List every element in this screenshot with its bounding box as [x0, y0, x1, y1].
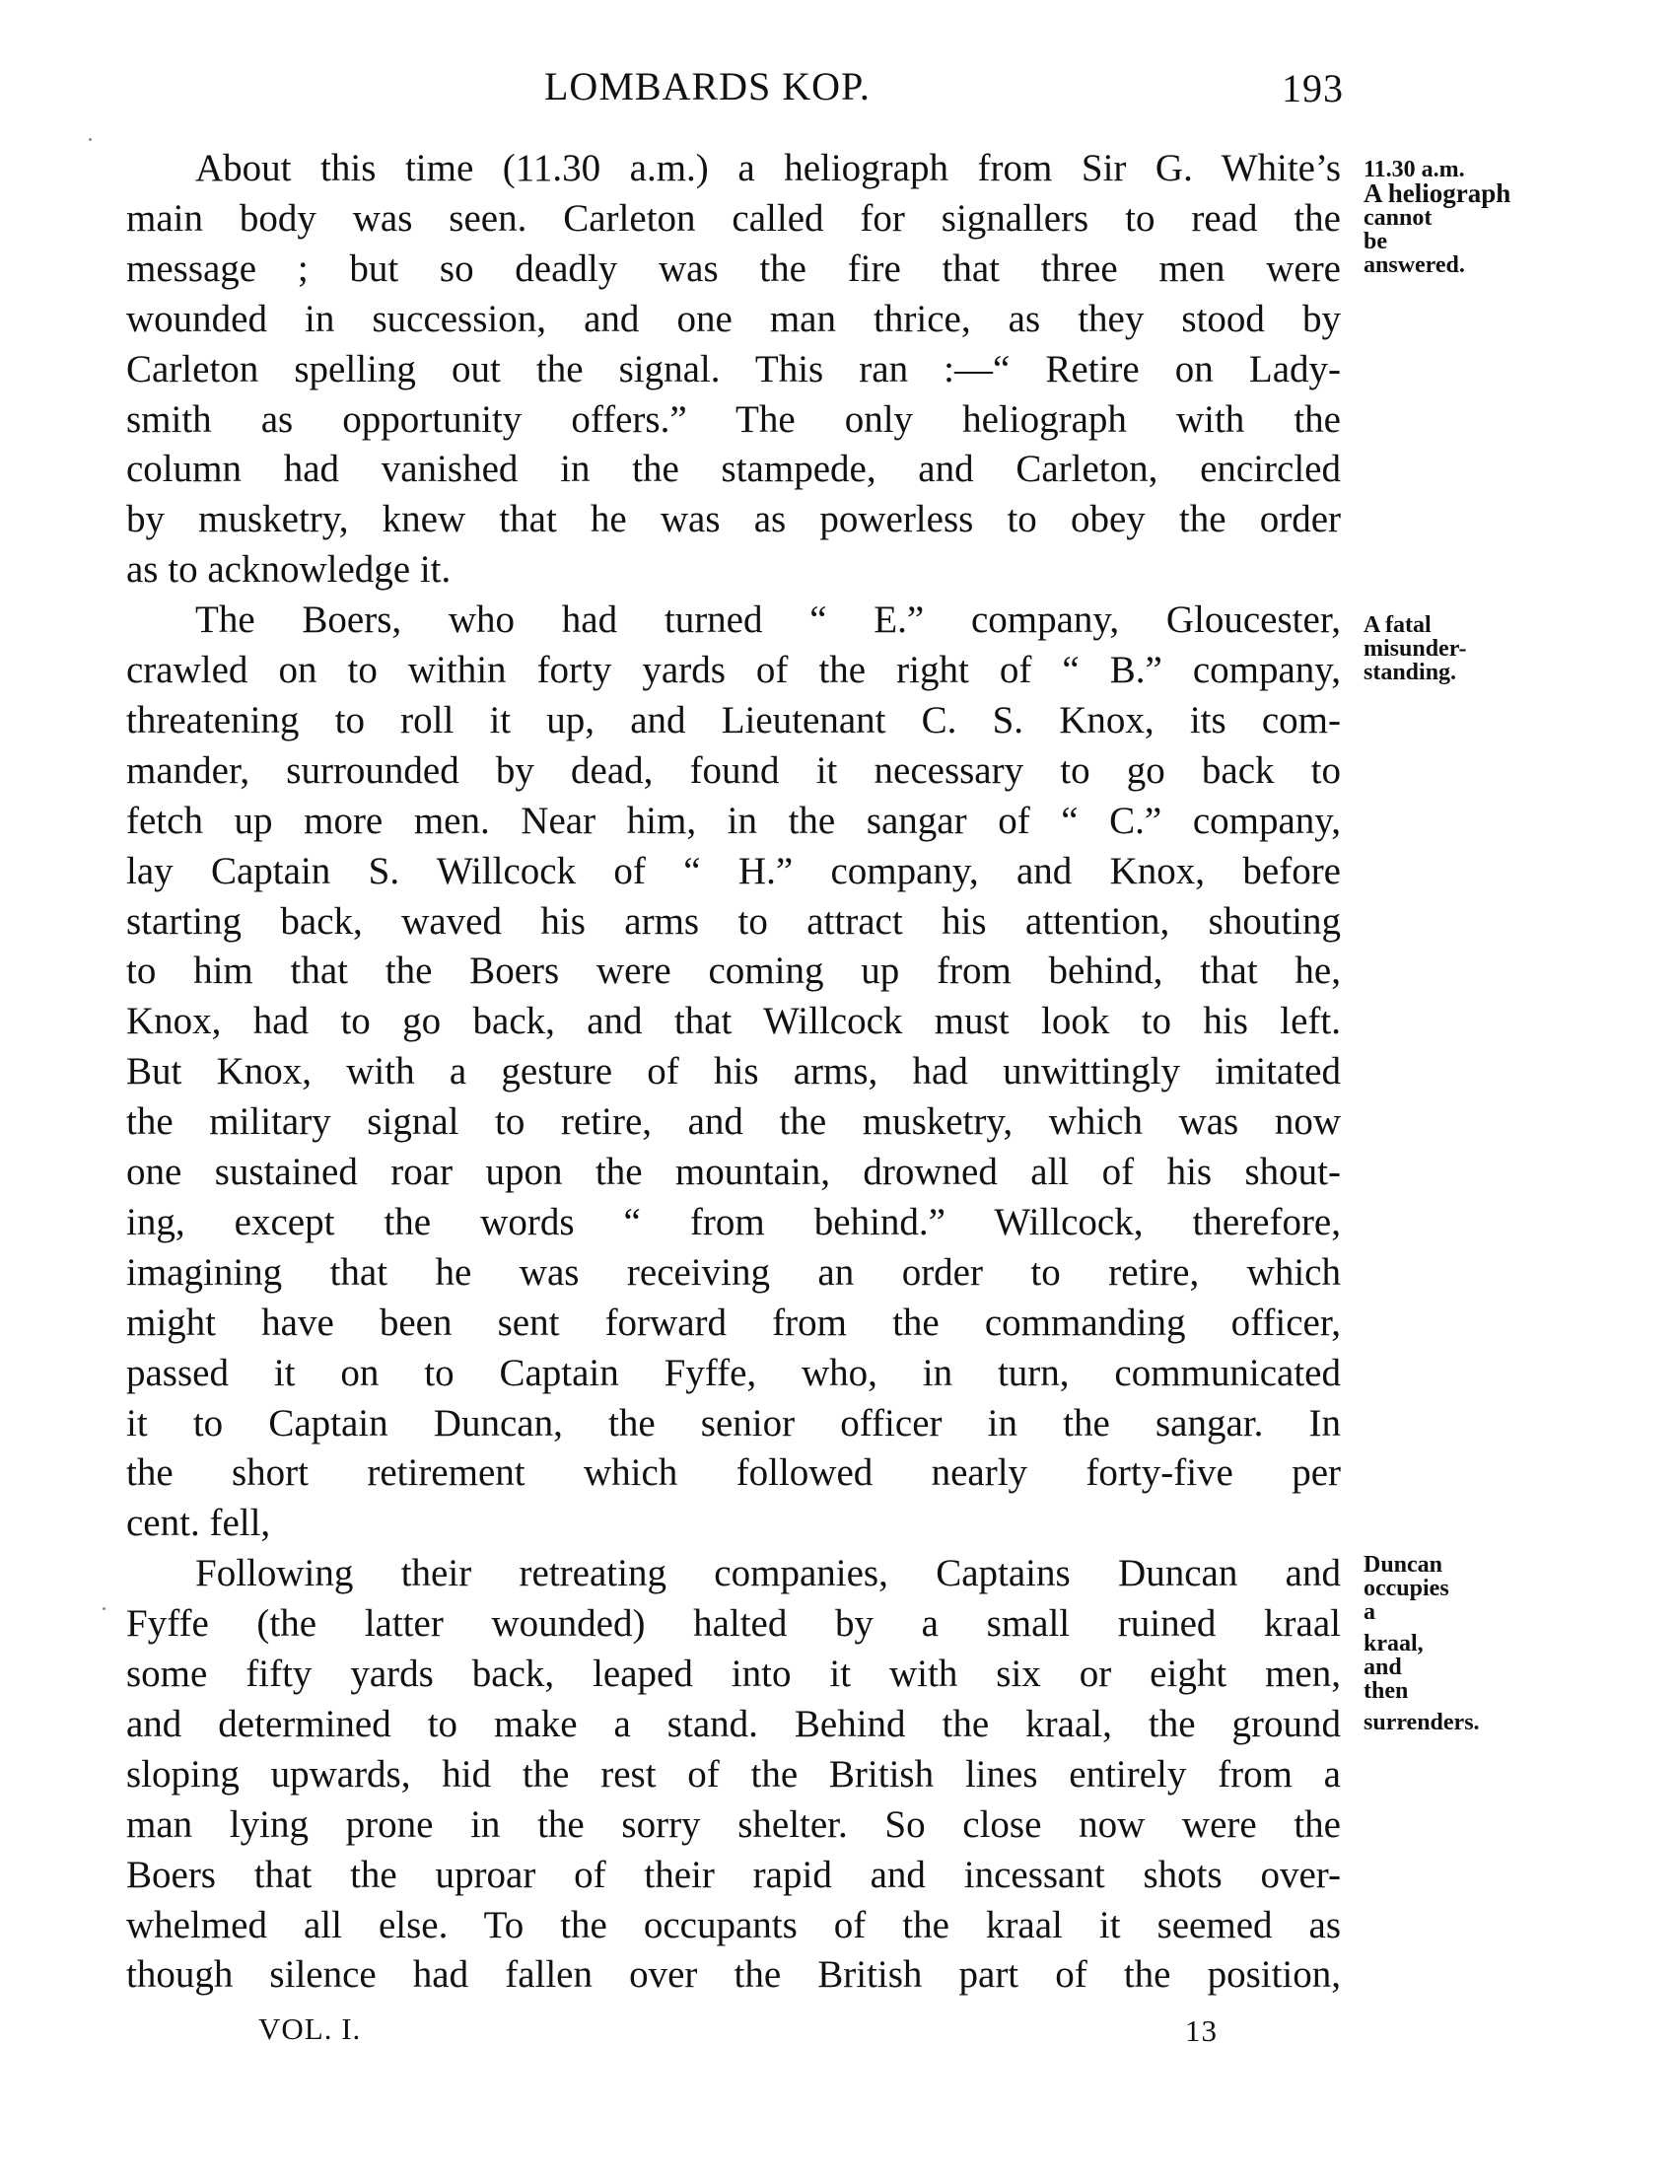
text-line: But Knox, with a gesture of his arms, ha… [126, 1047, 1341, 1096]
scan-speck [89, 138, 92, 141]
margin-note-line: a [1364, 1600, 1480, 1624]
margin-note-heliograph: 11.30 a.m. A heliograph cannot be answer… [1364, 158, 1510, 277]
text-line: Boers that the uproar of their rapid and… [126, 1851, 1341, 1900]
text-line: though silence had fallen over the Briti… [126, 1950, 1341, 2000]
text-line: column had vanished in the stampede, and… [126, 445, 1341, 494]
margin-note-line: standing. [1364, 661, 1466, 684]
text-line: cent. fell, [126, 1499, 1341, 1548]
text-line: main body was seen. Carleton called for … [126, 194, 1341, 244]
margin-note-line: surrenders. [1364, 1711, 1480, 1734]
text-line: wounded in succession, and one man thric… [126, 295, 1341, 344]
text-line: passed it on to Captain Fyffe, who, in t… [126, 1349, 1341, 1398]
text-line: the military signal to retire, and the m… [126, 1097, 1341, 1147]
text-line: by musketry, knew that he was as powerle… [126, 495, 1341, 544]
text-line: Knox, had to go back, and that Willcock … [126, 997, 1341, 1046]
text-line: might have been sent forward from the co… [126, 1299, 1341, 1348]
text-line: About this time (11.30 a.m.) a heliograp… [195, 144, 1341, 193]
text-line: man lying prone in the sorry shelter. So… [126, 1800, 1341, 1850]
text-line: crawled on to within forty yards of the … [126, 646, 1341, 695]
margin-note-misunderstanding: A fatal misunder- standing. [1364, 613, 1466, 684]
margin-note-line: and [1364, 1656, 1480, 1679]
text-line: mander, surrounded by dead, found it nec… [126, 746, 1341, 796]
text-line: some fifty yards back, leaped into it wi… [126, 1650, 1341, 1699]
text-line: the short retirement which followed near… [126, 1448, 1341, 1498]
text-line: sloping upwards, hid the rest of the Bri… [126, 1750, 1341, 1799]
text-line: imagining that he was receiving an order… [126, 1248, 1341, 1298]
text-line: threatening to roll it up, and Lieutenan… [126, 696, 1341, 745]
text-line: to him that the Boers were coming up fro… [126, 947, 1341, 996]
text-line: message ; but so deadly was the fire tha… [126, 245, 1341, 294]
text-line: Fyffe (the latter wounded) halted by a s… [126, 1599, 1341, 1649]
margin-note-line: A fatal [1364, 613, 1466, 637]
text-line: Following their retreating companies, Ca… [195, 1549, 1341, 1598]
margin-note-line: A heliograph [1364, 181, 1510, 206]
margin-note-line: answered. [1364, 253, 1510, 277]
margin-note-line: occupies [1364, 1577, 1480, 1600]
margin-note-line: be [1364, 230, 1510, 253]
margin-note-duncan: Duncan occupies a kraal, and then surren… [1364, 1553, 1480, 1734]
text-line: lay Captain S. Willcock of “ H.” company… [126, 847, 1341, 896]
margin-note-line: then [1364, 1679, 1480, 1703]
text-line: whelmed all else. To the occupants of th… [126, 1901, 1341, 1950]
text-line: it to Captain Duncan, the senior officer… [126, 1399, 1341, 1448]
margin-note-line: Duncan [1364, 1553, 1480, 1577]
text-line: ing, except the words “ from behind.” Wi… [126, 1198, 1341, 1247]
margin-note-line: cannot [1364, 206, 1510, 230]
text-line: smith as opportunity offers.” The only h… [126, 395, 1341, 445]
running-title: LOMBARDS KOP. [544, 63, 871, 109]
text-line: The Boers, who had turned “ E.” company,… [195, 596, 1341, 645]
text-line: starting back, waved his arms to attract… [126, 897, 1341, 947]
text-line: fetch up more men. Near him, in the sang… [126, 797, 1341, 846]
text-line: Carleton spelling out the signal. This r… [126, 345, 1341, 394]
sheet-number: 13 [1185, 2013, 1218, 2049]
margin-note-line: misunder- [1364, 637, 1466, 661]
margin-note-line: kraal, [1364, 1632, 1480, 1656]
text-line: as to acknowledge it. [126, 545, 1341, 595]
page-number: 193 [1282, 65, 1344, 111]
text-line: one sustained roar upon the mountain, dr… [126, 1148, 1341, 1197]
text-line: and determined to make a stand. Behind t… [126, 1700, 1341, 1749]
signature-mark: VOL. I. [258, 2011, 361, 2047]
scan-speck [103, 1607, 105, 1610]
